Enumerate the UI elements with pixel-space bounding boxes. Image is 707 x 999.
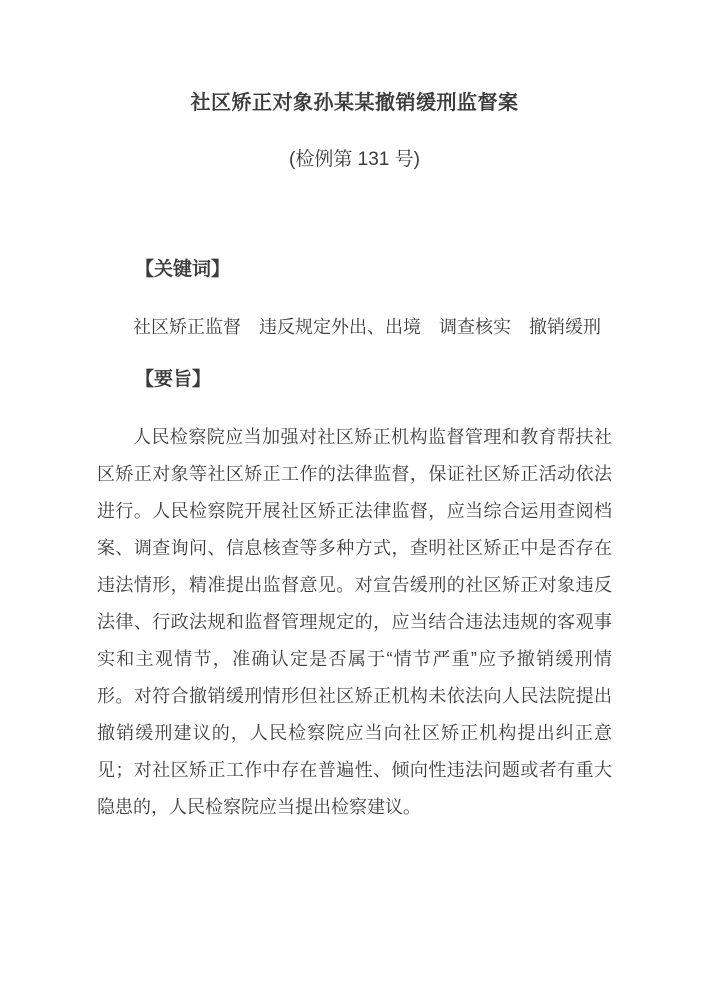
case-number: (检例第 131 号) bbox=[97, 148, 612, 172]
document-title: 社区矫正对象孙某某撤销缓刑监督案 bbox=[97, 91, 612, 115]
keywords-text: 社区矫正监督 违反规定外出、出境 调查核实 撤销缓刑 bbox=[97, 309, 612, 346]
section-heading-gist: 【要旨】 bbox=[97, 366, 612, 394]
document-page: 社区矫正对象孙某某撤销缓刑监督案 (检例第 131 号) 【关键词】 社区矫正监… bbox=[0, 0, 707, 999]
section-heading-keywords: 【关键词】 bbox=[97, 256, 612, 284]
gist-text: 人民检察院应当加强对社区矫正机构监督管理和教育帮扶社区矫正对象等社区矫正工作的法… bbox=[97, 419, 612, 826]
